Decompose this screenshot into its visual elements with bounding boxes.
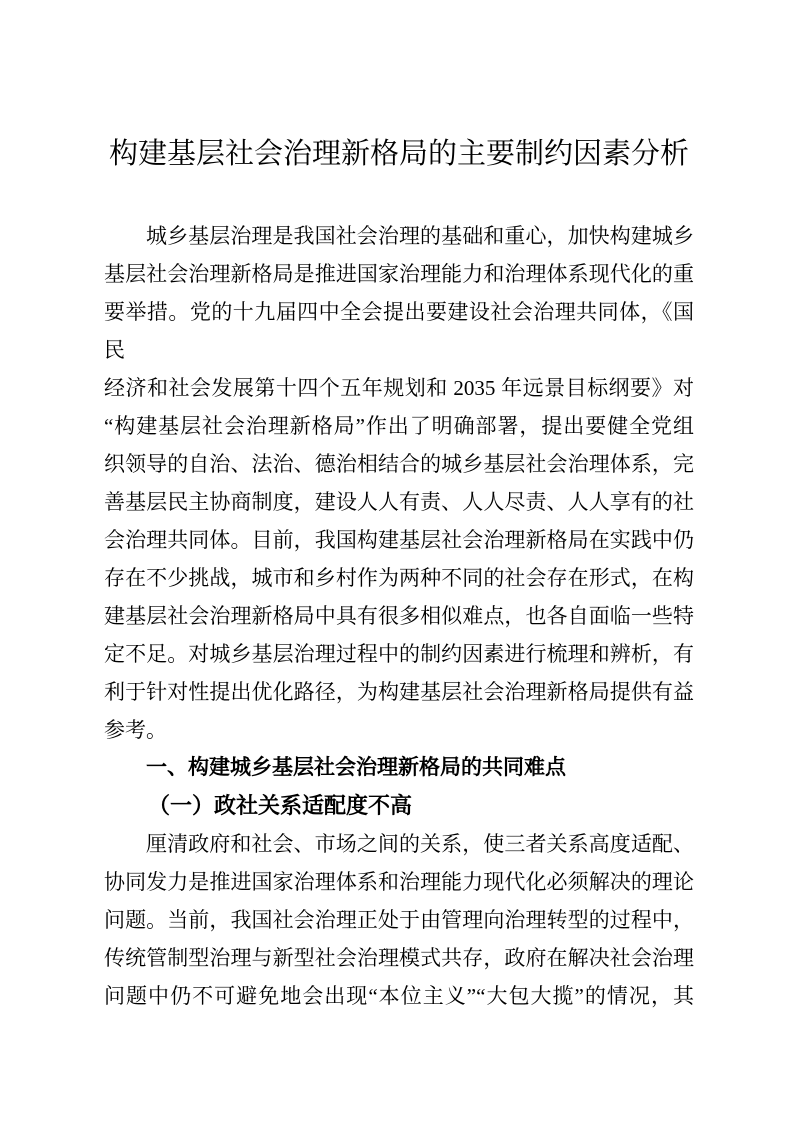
paragraph: 城乡基层治理是我国社会治理的基础和重心，加快构建城乡基层社会治理新格局是推进国家… [104,217,694,749]
paragraph-line: 城乡基层治理是我国社会治理的基础和重心，加快构建城乡 [104,217,694,255]
paragraph-line: 基层社会治理新格局是推进国家治理能力和治理体系现代化的重 [104,255,694,293]
paragraph-line: 定不足。对城乡基层治理过程中的制约因素进行梳理和辨析，有 [104,635,694,673]
paragraph-line: 经济和社会发展第十四个五年规划和 2035 年远景目标纲要》对 [104,369,694,407]
document-page: 构建基层社会治理新格局的主要制约因素分析 城乡基层治理是我国社会治理的基础和重心… [0,0,794,1122]
paragraph-line: 问题中仍不可避免地会出现“本位主义”“大包大揽”的情况，其 [104,977,694,1015]
paragraph: 厘清政府和社会、市场之间的关系，使三者关系高度适配、协同发力是推进国家治理体系和… [104,825,694,1015]
document-title: 构建基层社会治理新格局的主要制约因素分析 [104,134,694,174]
paragraph-line: 建基层社会治理新格局中具有很多相似难点，也各自面临一些特 [104,597,694,635]
paragraph-line: “构建基层社会治理新格局”作出了明确部署，提出要健全党组 [104,407,694,445]
subsection-heading: （一）政社关系适配度不高 [104,787,694,825]
paragraph-line: 织领导的自治、法治、德治相结合的城乡基层社会治理体系，完 [104,445,694,483]
paragraph-line: 善基层民主协商制度，建设人人有责、人人尽责、人人享有的社 [104,483,694,521]
paragraph-line: 要举措。党的十九届四中全会提出要建设社会治理共同体，《国民 [104,293,694,369]
paragraph-line: 传统管制型治理与新型社会治理模式共存，政府在解决社会治理 [104,939,694,977]
paragraph-line: 协同发力是推进国家治理体系和治理能力现代化必须解决的理论 [104,863,694,901]
paragraph-line: 利于针对性提出优化路径，为构建基层社会治理新格局提供有益 [104,673,694,711]
document-body: 城乡基层治理是我国社会治理的基础和重心，加快构建城乡基层社会治理新格局是推进国家… [104,217,694,1015]
paragraph-line: 会治理共同体。目前，我国构建基层社会治理新格局在实践中仍 [104,521,694,559]
paragraph-line: 厘清政府和社会、市场之间的关系，使三者关系高度适配、 [104,825,694,863]
paragraph-line: 问题。当前，我国社会治理正处于由管理向治理转型的过程中， [104,901,694,939]
section-heading: 一、构建城乡基层社会治理新格局的共同难点 [104,749,694,787]
paragraph-line: 参考。 [104,711,694,749]
paragraph-line: 存在不少挑战，城市和乡村作为两种不同的社会存在形式，在构 [104,559,694,597]
